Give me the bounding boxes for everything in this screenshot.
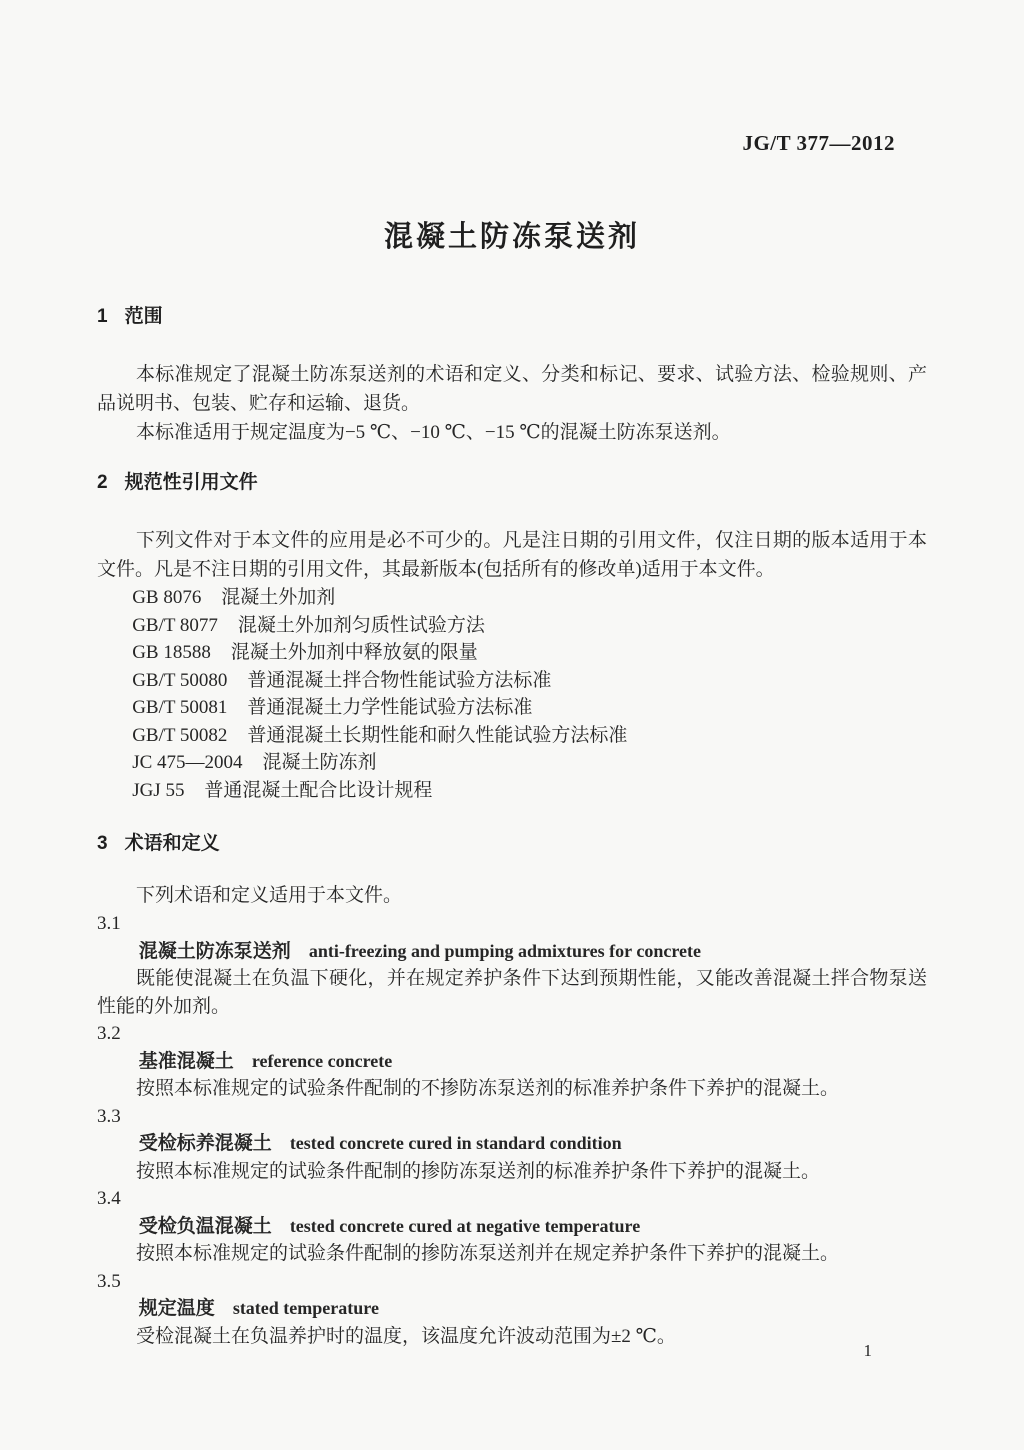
term-block: 3.4 受检负温混凝土tested concrete cured at nega… xyxy=(97,1185,927,1268)
section-3-heading: 3术语和定义 xyxy=(97,830,927,857)
term-number: 3.1 xyxy=(97,910,927,938)
reference-title: 混凝土外加剂中释放氨的限量 xyxy=(231,642,478,663)
term-en: tested concrete cured in standard condit… xyxy=(290,1133,622,1153)
term-zh: 受检负温混凝土 xyxy=(139,1216,272,1237)
page-number: 1 xyxy=(864,1341,873,1361)
reference-title: 混凝土防冻剂 xyxy=(262,752,376,773)
section-1-paragraph: 本标准适用于规定温度为−5 ℃、−10 ℃、−15 ℃的混凝土防冻泵送剂。 xyxy=(97,418,927,447)
reference-code: GB/T 50082 xyxy=(132,722,227,750)
term-zh: 受检标养混凝土 xyxy=(139,1133,272,1154)
term-number: 3.3 xyxy=(97,1103,927,1131)
term-block: 3.5 规定温度stated temperature 受检混凝土在负温养护时的温… xyxy=(97,1268,927,1351)
reference-item: GB/T 50082普通混凝土长期性能和耐久性能试验方法标准 xyxy=(132,722,927,750)
term-definition: 既能使混凝土在负温下硬化，并在规定养护条件下达到预期性能，又能改善混凝土拌合物泵… xyxy=(97,965,927,1020)
term-definition: 按照本标准规定的试验条件配制的不掺防冻泵送剂的标准养护条件下养护的混凝土。 xyxy=(97,1075,927,1103)
term-line: 受检负温混凝土tested concrete cured at negative… xyxy=(97,1213,927,1241)
reference-item: GB 8076混凝土外加剂 xyxy=(132,584,927,612)
reference-title: 普通混凝土配合比设计规程 xyxy=(204,780,432,801)
reference-code: GB/T 50080 xyxy=(132,667,227,695)
term-line: 受检标养混凝土tested concrete cured in standard… xyxy=(97,1130,927,1158)
term-en: tested concrete cured at negative temper… xyxy=(290,1216,640,1236)
term-definition: 按照本标准规定的试验条件配制的掺防冻泵送剂并在规定养护条件下养护的混凝土。 xyxy=(97,1240,927,1268)
reference-code: JGJ 55 xyxy=(132,777,184,805)
document-page: JG/T 377—2012 混凝土防冻泵送剂 1范围 本标准规定了混凝土防冻泵送… xyxy=(0,0,1024,1450)
term-block: 3.2 基准混凝土reference concrete 按照本标准规定的试验条件… xyxy=(97,1020,927,1103)
reference-item: JGJ 55普通混凝土配合比设计规程 xyxy=(132,777,927,805)
reference-code: JC 475—2004 xyxy=(132,749,242,777)
reference-code: GB/T 8077 xyxy=(132,612,218,640)
standard-code: JG/T 377—2012 xyxy=(97,0,927,155)
reference-code: GB 18588 xyxy=(132,639,211,667)
reference-title: 普通混凝土力学性能试验方法标准 xyxy=(247,697,532,718)
section-3-intro: 下列术语和定义适用于本文件。 xyxy=(97,881,927,910)
term-en: reference concrete xyxy=(252,1051,392,1071)
term-definition: 受检混凝土在负温养护时的温度，该温度允许波动范围为±2 ℃。 xyxy=(97,1323,927,1351)
term-zh: 混凝土防冻泵送剂 xyxy=(139,941,291,962)
term-block: 3.3 受检标养混凝土tested concrete cured in stan… xyxy=(97,1103,927,1186)
document-title: 混凝土防冻泵送剂 xyxy=(97,215,927,259)
term-number: 3.4 xyxy=(97,1185,927,1213)
term-zh: 基准混凝土 xyxy=(139,1051,234,1072)
term-line: 基准混凝土reference concrete xyxy=(97,1048,927,1076)
section-3-title: 术语和定义 xyxy=(125,833,220,854)
term-line: 混凝土防冻泵送剂anti-freezing and pumping admixt… xyxy=(97,938,927,966)
term-definition: 按照本标准规定的试验条件配制的掺防冻泵送剂的标准养护条件下养护的混凝土。 xyxy=(97,1158,927,1186)
reference-item: JC 475—2004混凝土防冻剂 xyxy=(132,749,927,777)
reference-title: 普通混凝土拌合物性能试验方法标准 xyxy=(247,670,551,691)
section-1-heading: 1范围 xyxy=(97,303,927,330)
section-2-title: 规范性引用文件 xyxy=(125,472,258,493)
reference-code: GB/T 50081 xyxy=(132,694,227,722)
section-1-paragraph: 本标准规定了混凝土防冻泵送剂的术语和定义、分类和标记、要求、试验方法、检验规则、… xyxy=(97,360,927,418)
section-2-number: 2 xyxy=(97,469,108,496)
reference-title: 普通混凝土长期性能和耐久性能试验方法标准 xyxy=(247,725,627,746)
normative-references-list: GB 8076混凝土外加剂 GB/T 8077混凝土外加剂匀质性试验方法 GB … xyxy=(97,584,927,804)
term-en: stated temperature xyxy=(233,1298,379,1318)
section-3-number: 3 xyxy=(97,830,108,857)
term-line: 规定温度stated temperature xyxy=(97,1295,927,1323)
reference-item: GB/T 50081普通混凝土力学性能试验方法标准 xyxy=(132,694,927,722)
reference-title: 混凝土外加剂匀质性试验方法 xyxy=(238,615,485,636)
section-2-heading: 2规范性引用文件 xyxy=(97,469,927,496)
term-zh: 规定温度 xyxy=(139,1298,215,1319)
reference-item: GB/T 50080普通混凝土拌合物性能试验方法标准 xyxy=(132,667,927,695)
term-number: 3.2 xyxy=(97,1020,927,1048)
term-en: anti-freezing and pumping admixtures for… xyxy=(309,941,701,961)
reference-code: GB 8076 xyxy=(132,584,201,612)
section-1-number: 1 xyxy=(97,303,108,330)
reference-title: 混凝土外加剂 xyxy=(221,587,335,608)
reference-item: GB/T 8077混凝土外加剂匀质性试验方法 xyxy=(132,612,927,640)
section-2-paragraph: 下列文件对于本文件的应用是必不可少的。凡是注日期的引用文件，仅注日期的版本适用于… xyxy=(97,526,927,584)
term-block: 3.1 混凝土防冻泵送剂anti-freezing and pumping ad… xyxy=(97,910,927,1020)
term-number: 3.5 xyxy=(97,1268,927,1296)
page-content: JG/T 377—2012 混凝土防冻泵送剂 1范围 本标准规定了混凝土防冻泵送… xyxy=(0,0,1024,1350)
reference-item: GB 18588混凝土外加剂中释放氨的限量 xyxy=(132,639,927,667)
section-1-title: 范围 xyxy=(125,306,163,327)
